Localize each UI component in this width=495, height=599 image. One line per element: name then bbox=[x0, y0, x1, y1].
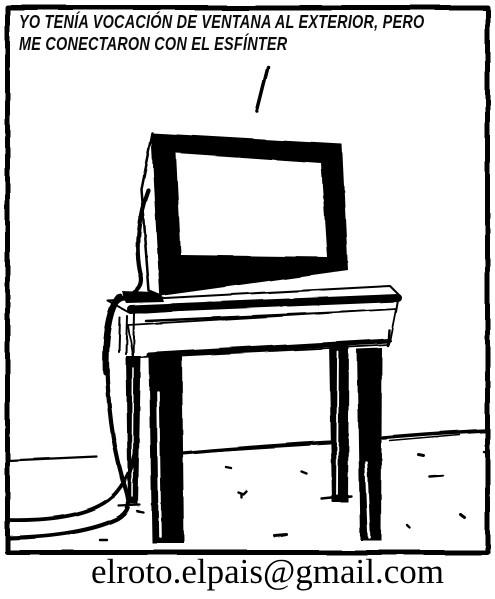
caption-line-2: ME CONECTARON CON EL ESFÍNTER bbox=[19, 33, 424, 55]
floor-speck bbox=[430, 476, 443, 477]
speech-pointer-line bbox=[257, 67, 268, 111]
floor-speck bbox=[226, 467, 231, 468]
table-leg-back-left-highlight bbox=[132, 368, 133, 496]
floor-speck bbox=[301, 471, 306, 473]
floor-speck bbox=[418, 454, 423, 455]
floor-speck bbox=[461, 515, 465, 518]
table-apron-right-edge bbox=[388, 330, 389, 346]
hatch-stroke bbox=[126, 316, 127, 354]
table-leg-front-left bbox=[149, 355, 184, 543]
floor-speck bbox=[407, 525, 409, 527]
floor-line bbox=[9, 431, 488, 461]
table-drawing bbox=[108, 286, 400, 543]
floor-line-gap bbox=[313, 443, 330, 444]
table-leg-front-right bbox=[357, 348, 382, 540]
hatch-stroke bbox=[133, 314, 134, 357]
speech-caption: YO TENÍA VOCACIÓN DE VENTANA AL EXTERIOR… bbox=[19, 11, 424, 54]
floor-speck bbox=[275, 535, 287, 536]
caption-line-1: YO TENÍA VOCACIÓN DE VENTANA AL EXTERIOR… bbox=[19, 11, 424, 33]
table-leg-back-right bbox=[329, 343, 349, 502]
hatch-stroke bbox=[119, 318, 120, 352]
cartoon-panel: YO TENÍA VOCACIÓN DE VENTANA AL EXTERIOR… bbox=[0, 0, 495, 599]
signature-email: elroto.elpais@gmail.com bbox=[91, 553, 444, 592]
floor-speck bbox=[137, 511, 143, 512]
tv-drawing bbox=[141, 133, 348, 296]
floor-speck bbox=[238, 491, 246, 497]
floor-line-left bbox=[9, 457, 97, 461]
power-cable-thick-section bbox=[106, 297, 120, 372]
table-leg-back-right-highlight bbox=[337, 352, 338, 494]
tv-screen bbox=[176, 153, 327, 257]
cartoon-drawing bbox=[0, 0, 495, 599]
